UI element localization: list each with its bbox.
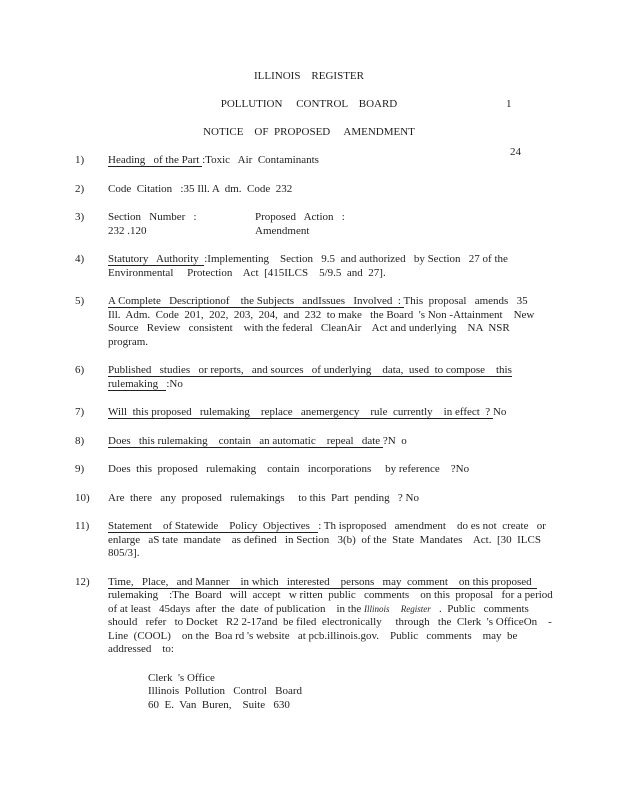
notice-items: 1)Heading of the Part :Toxic Air Contami… [75, 154, 590, 657]
text-line: of at least 45days after the date of pub… [108, 603, 590, 617]
list-item: 8)Does this rulemaking contain an automa… [75, 435, 590, 449]
text-line: rulemaking :No [108, 378, 590, 392]
text-segment: Line (COOL) on the Boa rd 's website at … [108, 630, 517, 642]
text-segment: Environmental Protection Act [415ILCS 5/… [108, 267, 386, 279]
register-title: ILLINOIS REGISTER [0, 70, 618, 83]
item-number: 9) [75, 463, 108, 477]
text-line: Are there any proposed rulemakings to th… [108, 492, 590, 506]
item-number: 2) [75, 183, 108, 197]
text-line: Section Number :Proposed Action : [108, 211, 590, 225]
text-segment: 805/3]. [108, 547, 139, 559]
text-segment: Proposed Action : [255, 211, 345, 223]
text-segment: Code Citation :35 Ill. A dm. Code 232 [108, 183, 292, 195]
item-body: Published studies or reports, and source… [108, 364, 590, 391]
list-item: 9)Does this proposed rulemaking contain … [75, 463, 590, 477]
underlined-heading-text: Heading of the Part [108, 154, 202, 167]
item-body: Does this rulemaking contain an automati… [108, 435, 590, 449]
item-body: Statutory Authority :Implementing Sectio… [108, 253, 590, 280]
item-body: Will this proposed rulemaking replace an… [108, 406, 590, 420]
text-line: program. [108, 336, 590, 350]
text-segment: Are there any proposed rulemakings to th… [108, 492, 419, 504]
list-item: 7)Will this proposed rulemaking replace … [75, 406, 590, 420]
text-segment: . Public comments [431, 603, 529, 615]
text-segment: : Th isproposed amendment do es not crea… [318, 520, 546, 532]
text-line: Does this proposed rulemaking contain in… [108, 463, 590, 477]
list-item: 10)Are there any proposed rulemakings to… [75, 492, 590, 506]
item-number: 3) [75, 211, 108, 238]
list-item: 4)Statutory Authority :Implementing Sect… [75, 253, 590, 280]
underlined-heading-text: Published studies or reports, and source… [108, 364, 512, 377]
item-number: 11) [75, 520, 108, 561]
text-line: Line (COOL) on the Boa rd 's website at … [108, 630, 590, 644]
text-segment: Section Number : [108, 211, 255, 225]
text-line: Will this proposed rulemaking replace an… [108, 406, 590, 420]
item-body: A Complete Descriptionof the Subjects an… [108, 295, 590, 349]
list-item: 12)Time, Place, and Manner in which inte… [75, 576, 590, 657]
list-item: 3)Section Number :Proposed Action :232 .… [75, 211, 590, 238]
list-item: 11)Statement of Statewide Policy Objecti… [75, 520, 590, 561]
text-segment: Does this proposed rulemaking contain in… [108, 463, 469, 475]
item-number: 7) [75, 406, 108, 420]
text-line: Published studies or reports, and source… [108, 364, 590, 378]
list-item: 5)A Complete Descriptionof the Subjects … [75, 295, 590, 349]
item-number: 1) [75, 154, 108, 168]
underlined-heading-text: Statutory Authority [108, 253, 204, 266]
text-line: 805/3]. [108, 547, 590, 561]
underlined-heading-text: Does this rulemaking contain an automati… [108, 435, 383, 448]
text-line: should refer to Docket R2 2-17and be fil… [108, 616, 590, 630]
item-number: 5) [75, 295, 108, 349]
text-segment: This proposal amends 35 [404, 295, 528, 307]
text-segment: addressed to: [108, 643, 174, 655]
text-segment: :No [166, 378, 183, 390]
text-line: Statutory Authority :Implementing Sectio… [108, 253, 590, 267]
text-segment: Amendment [255, 225, 309, 237]
notice-title: NOTICE OF PROPOSED AMENDMENT [0, 126, 618, 139]
text-segment: 232 .120 [108, 225, 255, 239]
text-line: Environmental Protection Act [415ILCS 5/… [108, 267, 590, 281]
underlined-heading-text: Time, Place, and Manner in which interes… [108, 576, 537, 589]
text-segment: enlarge aS tate mandate as defined in Se… [108, 534, 541, 546]
text-segment: program. [108, 336, 148, 348]
text-segment: Source Review consistent with the federa… [108, 322, 510, 334]
item-number: 6) [75, 364, 108, 391]
address-block: Clerk 's OfficeIllinois Pollution Contro… [148, 672, 618, 713]
underlined-heading-text: rulemaking [108, 378, 166, 391]
page-number-bottom: 24 [506, 144, 521, 160]
text-line: Statement of Statewide Policy Objectives… [108, 520, 590, 534]
text-segment: :Toxic Air Contaminants [202, 154, 319, 166]
item-number: 8) [75, 435, 108, 449]
text-line: Source Review consistent with the federa… [108, 322, 590, 336]
text-line: 232 .120Amendment [108, 225, 590, 239]
list-item: 6)Published studies or reports, and sour… [75, 364, 590, 391]
text-segment: No [493, 406, 506, 418]
item-number: 10) [75, 492, 108, 506]
text-line: Does this rulemaking contain an automati… [108, 435, 590, 449]
address-line: 60 E. Van Buren, Suite 630 [148, 699, 618, 713]
text-line: A Complete Descriptionof the Subjects an… [108, 295, 590, 309]
underlined-heading-text: Will this proposed rulemaking replace an… [108, 406, 493, 419]
item-body: Time, Place, and Manner in which interes… [108, 576, 590, 657]
address-line: Clerk 's Office [148, 672, 618, 686]
item-body: Does this proposed rulemaking contain in… [108, 463, 590, 477]
page-number-top: 1 [506, 96, 521, 112]
text-line: addressed to: [108, 643, 590, 657]
underlined-heading-text: A Complete Descriptionof the Subjects an… [108, 295, 404, 308]
item-body: Statement of Statewide Policy Objectives… [108, 520, 590, 561]
text-line: Time, Place, and Manner in which interes… [108, 576, 590, 590]
item-number: 4) [75, 253, 108, 280]
address-line: Illinois Pollution Control Board [148, 685, 618, 699]
underlined-heading-text: Statement of Statewide Policy Objectives [108, 520, 318, 533]
board-title: POLLUTION CONTROL BOARD [0, 98, 618, 111]
item-body: Are there any proposed rulemakings to th… [108, 492, 590, 506]
document-header: ILLINOIS REGISTER POLLUTION CONTROL BOAR… [0, 0, 618, 139]
text-segment: :Implementing Section 9.5 and authorized… [204, 253, 508, 265]
text-line: rulemaking :The Board will accept w ritt… [108, 589, 590, 603]
text-segment: rulemaking :The Board will accept w ritt… [108, 589, 553, 601]
text-segment: Ill. Adm. Code 201, 202, 203, 204, and 2… [108, 309, 534, 321]
page-numbers: 1 24 [506, 64, 521, 192]
document-page: 1 24 ILLINOIS REGISTER POLLUTION CONTROL… [0, 0, 618, 800]
text-line: Ill. Adm. Code 201, 202, 203, 204, and 2… [108, 309, 590, 323]
item-number: 12) [75, 576, 108, 657]
item-body: Section Number :Proposed Action :232 .12… [108, 211, 590, 238]
italic-citation-text: Illinois Register [364, 604, 431, 614]
text-segment: of at least 45days after the date of pub… [108, 603, 364, 615]
text-segment: should refer to Docket R2 2-17and be fil… [108, 616, 552, 628]
text-segment: ?N o [383, 435, 407, 447]
text-line: enlarge aS tate mandate as defined in Se… [108, 534, 590, 548]
